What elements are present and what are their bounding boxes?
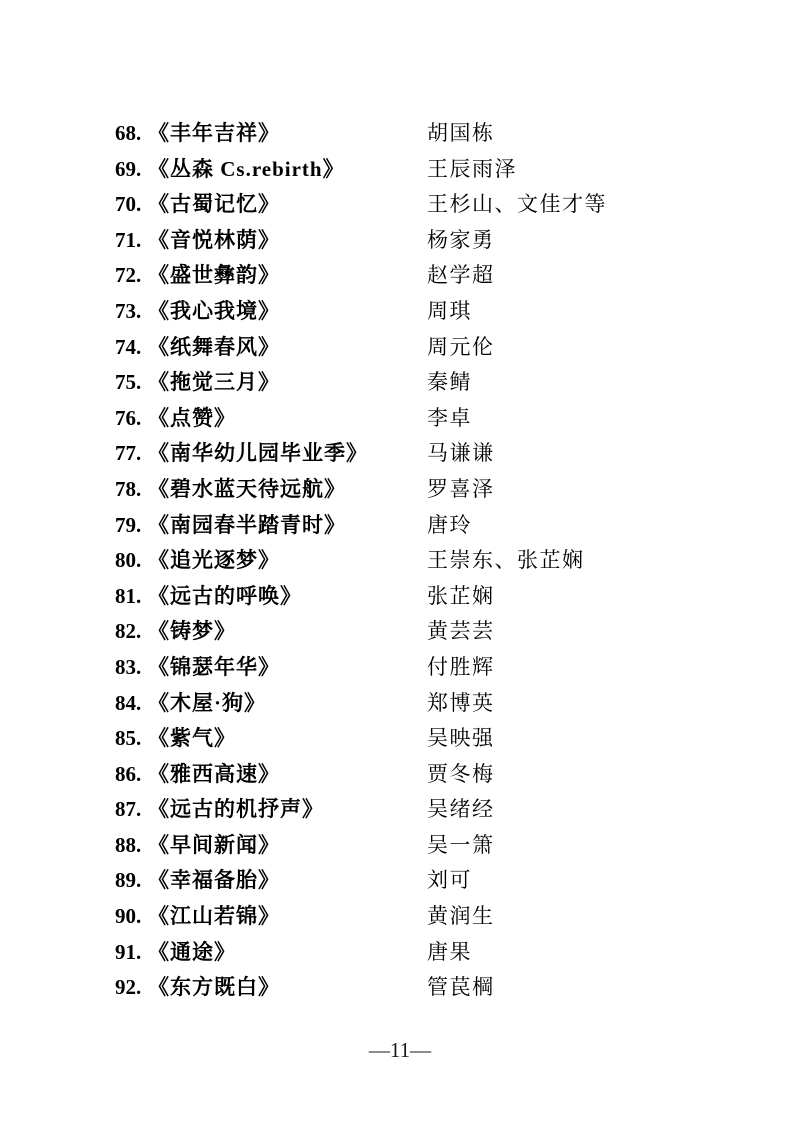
entry-author: 王杉山、文佳才等 [427, 187, 607, 223]
entry-number: 72. [115, 258, 148, 294]
entry-title: 《锦瑟年华》 [148, 655, 280, 679]
entry-number: 68. [115, 116, 148, 152]
entry-number: 73. [115, 294, 148, 330]
entry-title: 《紫气》 [148, 726, 236, 750]
list-item: 73.《我心我境》 周琪 [115, 294, 755, 330]
entry-title: 《南园春半踏青时》 [148, 513, 346, 537]
entry-title: 《丛森 Cs.rebirth》 [148, 157, 345, 181]
entry-number: 88. [115, 828, 148, 864]
list-item: 88.《早间新闻》 吴一箫 [115, 828, 755, 864]
entry-title: 《远古的呼唤》 [148, 584, 302, 608]
entry-title: 《木屋·狗》 [148, 691, 266, 715]
entry-author: 杨家勇 [427, 223, 495, 259]
list-item: 75.《拖觉三月》 秦鲭 [115, 365, 755, 401]
entry-number: 76. [115, 401, 148, 437]
list-item: 70.《古蜀记忆》 王杉山、文佳才等 [115, 187, 755, 223]
entry-title: 《铸梦》 [148, 619, 236, 643]
entry-author: 周琪 [427, 294, 472, 330]
entry-number: 80. [115, 543, 148, 579]
list-item: 76.《点赞》 李卓 [115, 401, 755, 437]
entry-author: 吴一箫 [427, 828, 495, 864]
entry-title: 《远古的机抒声》 [148, 797, 324, 821]
entry-title: 《点赞》 [148, 406, 236, 430]
entry-number: 79. [115, 508, 148, 544]
entry-title: 《南华幼儿园毕业季》 [148, 441, 368, 465]
entry-author: 黄润生 [427, 899, 495, 935]
list-item: 80.《追光逐梦》 王崇东、张芷娴 [115, 543, 755, 579]
entry-author: 管苠棡 [427, 970, 495, 1006]
list-item: 85.《紫气》 吴映强 [115, 721, 755, 757]
list-item: 92.《东方既白》 管苠棡 [115, 970, 755, 1006]
entry-title: 《幸福备胎》 [148, 868, 280, 892]
entry-number: 84. [115, 686, 148, 722]
list-item: 81.《远古的呼唤》 张芷娴 [115, 579, 755, 615]
list-item: 68.《丰年吉祥》 胡国栋 [115, 116, 755, 152]
entry-title: 《音悦林荫》 [148, 228, 280, 252]
entry-author: 付胜辉 [427, 650, 495, 686]
entry-author: 王辰雨泽 [427, 152, 517, 188]
list-item: 84.《木屋·狗》 郑博英 [115, 686, 755, 722]
entry-author: 唐玲 [427, 508, 472, 544]
entry-number: 81. [115, 579, 148, 615]
entry-number: 78. [115, 472, 148, 508]
entry-number: 89. [115, 863, 148, 899]
entry-title: 《我心我境》 [148, 299, 280, 323]
entry-author: 吴映强 [427, 721, 495, 757]
list-item: 90.《江山若锦》 黄润生 [115, 899, 755, 935]
entry-title: 《雅西高速》 [148, 762, 280, 786]
entry-number: 74. [115, 330, 148, 366]
list-item: 83.《锦瑟年华》 付胜辉 [115, 650, 755, 686]
entry-title: 《早间新闻》 [148, 833, 280, 857]
entry-author: 郑博英 [427, 686, 495, 722]
list-item: 82.《铸梦》 黄芸芸 [115, 614, 755, 650]
entry-number: 83. [115, 650, 148, 686]
entry-author: 赵学超 [427, 258, 495, 294]
entry-number: 85. [115, 721, 148, 757]
list-item: 91.《通途》 唐果 [115, 935, 755, 971]
entry-number: 87. [115, 792, 148, 828]
entry-author: 王崇东、张芷娴 [427, 543, 585, 579]
entry-number: 90. [115, 899, 148, 935]
entry-author: 吴绪经 [427, 792, 495, 828]
list-item: 86.《雅西高速》 贾冬梅 [115, 757, 755, 793]
list-item: 74.《纸舞春风》 周元伦 [115, 330, 755, 366]
entry-author: 胡国栋 [427, 116, 495, 152]
entry-author: 黄芸芸 [427, 614, 495, 650]
document-page: 68.《丰年吉祥》 胡国栋 69.《丛森 Cs.rebirth》 王辰雨泽 70… [0, 0, 800, 1131]
entry-author: 周元伦 [427, 330, 495, 366]
entry-number: 82. [115, 614, 148, 650]
entry-title: 《通途》 [148, 940, 236, 964]
list-item: 71.《音悦林荫》 杨家勇 [115, 223, 755, 259]
entry-author: 秦鲭 [427, 365, 472, 401]
entry-title: 《拖觉三月》 [148, 370, 280, 394]
entry-number: 69. [115, 152, 148, 188]
entry-title: 《纸舞春风》 [148, 335, 280, 359]
entry-author: 贾冬梅 [427, 757, 495, 793]
entry-number: 86. [115, 757, 148, 793]
list-item: 69.《丛森 Cs.rebirth》 王辰雨泽 [115, 152, 755, 188]
entry-number: 91. [115, 935, 148, 971]
entry-title: 《碧水蓝天待远航》 [148, 477, 346, 501]
entry-number: 70. [115, 187, 148, 223]
entry-number: 75. [115, 365, 148, 401]
entry-title: 《古蜀记忆》 [148, 192, 280, 216]
entries-list: 68.《丰年吉祥》 胡国栋 69.《丛森 Cs.rebirth》 王辰雨泽 70… [115, 116, 755, 1006]
entry-title: 《盛世彝韵》 [148, 263, 280, 287]
list-item: 89.《幸福备胎》 刘可 [115, 863, 755, 899]
entry-title: 《江山若锦》 [148, 904, 280, 928]
entry-author: 李卓 [427, 401, 472, 437]
list-item: 79.《南园春半踏青时》 唐玲 [115, 508, 755, 544]
entry-author: 张芷娴 [427, 579, 495, 615]
entry-author: 罗喜泽 [427, 472, 495, 508]
entry-title: 《东方既白》 [148, 975, 280, 999]
entry-author: 马谦谦 [427, 436, 495, 472]
list-item: 78.《碧水蓝天待远航》 罗喜泽 [115, 472, 755, 508]
entry-title: 《丰年吉祥》 [148, 121, 280, 145]
entry-author: 唐果 [427, 935, 472, 971]
entry-number: 92. [115, 970, 148, 1006]
list-item: 72.《盛世彝韵》 赵学超 [115, 258, 755, 294]
page-number: —11— [0, 1038, 800, 1063]
entry-title: 《追光逐梦》 [148, 548, 280, 572]
entry-number: 77. [115, 436, 148, 472]
list-item: 87.《远古的机抒声》 吴绪经 [115, 792, 755, 828]
entry-author: 刘可 [427, 863, 472, 899]
entry-number: 71. [115, 223, 148, 259]
list-item: 77.《南华幼儿园毕业季》 马谦谦 [115, 436, 755, 472]
